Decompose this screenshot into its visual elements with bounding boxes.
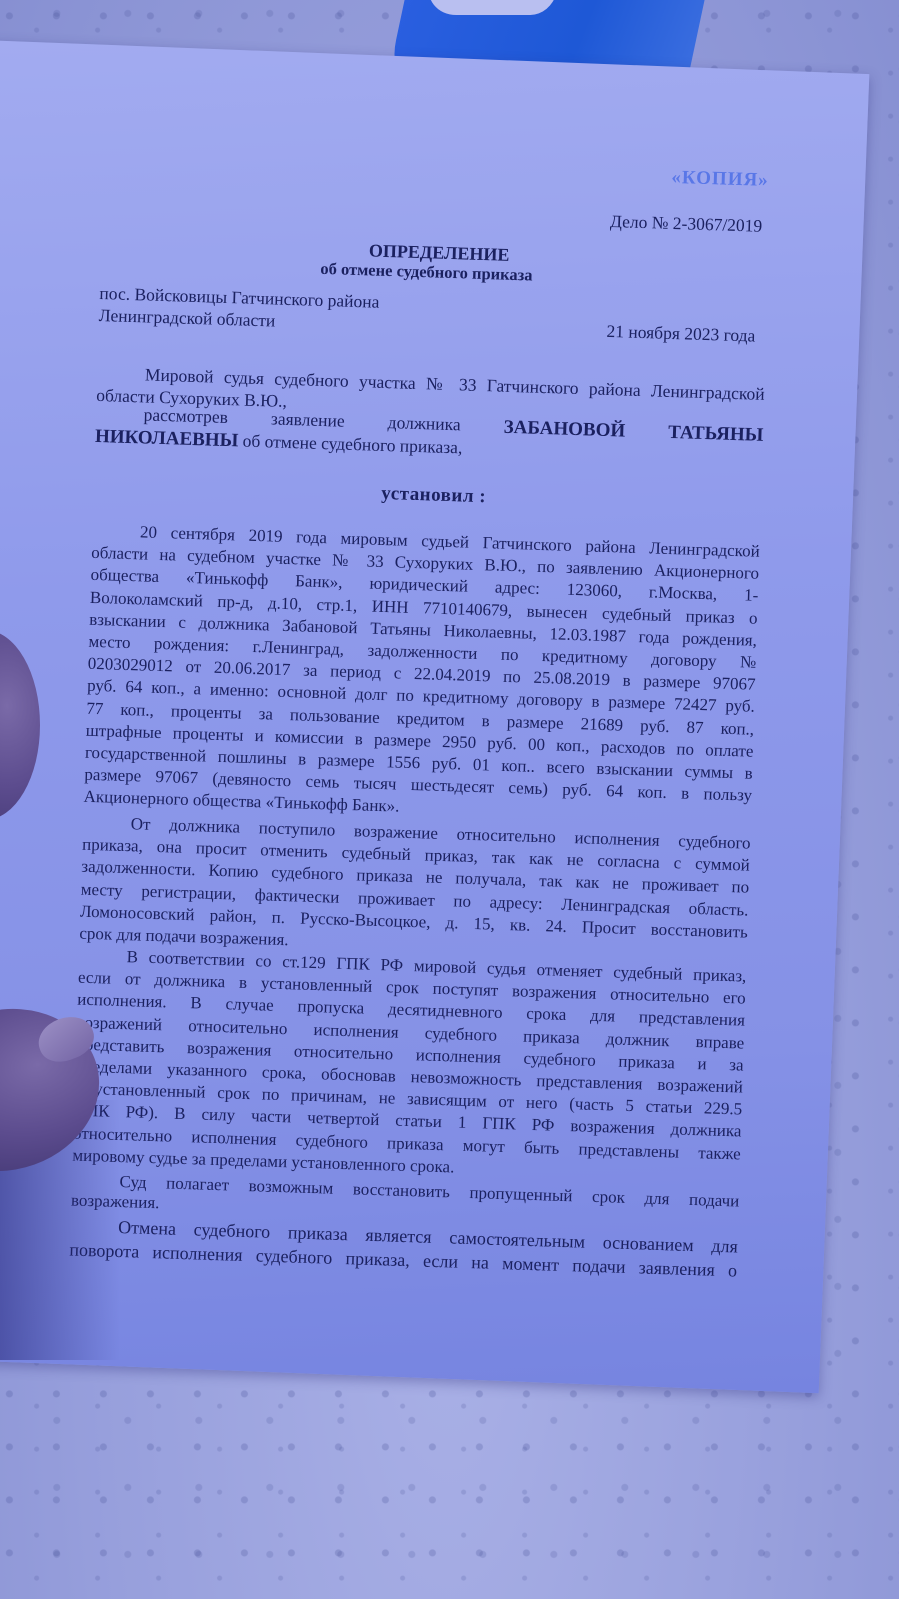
text-line: Суд полагает возможным восстановить проп… bbox=[119, 1173, 739, 1212]
word: заявление bbox=[271, 410, 345, 431]
debtor-name: ТАТЬЯНЫ bbox=[668, 423, 764, 445]
debtor-surname: ЗАБАНОВОЙ bbox=[503, 418, 625, 441]
considering-rest: об отмене судебного приказа, bbox=[242, 431, 462, 458]
snow-cap bbox=[421, 0, 558, 15]
copy-stamp: «КОПИЯ» bbox=[671, 167, 769, 192]
section-heading: установил : bbox=[381, 484, 486, 506]
text-line: срок для подачи возражения. bbox=[79, 925, 289, 949]
document-date: 21 ноября 2023 года bbox=[606, 323, 755, 345]
word: должника bbox=[387, 414, 461, 435]
debtor-patronymic: НИКОЛАЕВНЫ bbox=[95, 426, 239, 451]
document-subtitle: об отмене судебного приказа bbox=[320, 261, 533, 284]
word: рассмотрев bbox=[143, 406, 228, 428]
case-number: Дело № 2-3067/2019 bbox=[610, 213, 763, 235]
document-content: «КОПИЯ» Дело № 2-3067/2019 ОПРЕДЕЛЕНИЕ о… bbox=[0, 43, 865, 1390]
place-line-2: Ленинградской области bbox=[99, 307, 276, 330]
document-page: «КОПИЯ» Дело № 2-3067/2019 ОПРЕДЕЛЕНИЕ о… bbox=[0, 40, 869, 1393]
